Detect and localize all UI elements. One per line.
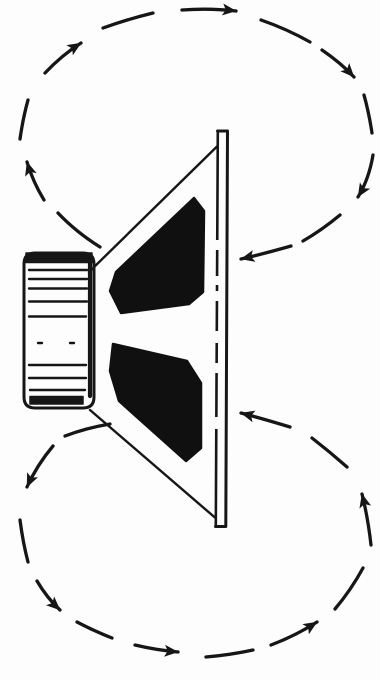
airflow-dash: [303, 215, 340, 241]
airflow-dash: [261, 20, 310, 42]
airflow-arrow: [241, 246, 291, 259]
airflow-arrow: [27, 162, 44, 200]
airflow-dash: [312, 438, 347, 467]
magnet-bottom-band: [30, 397, 83, 405]
airflow-arrow: [362, 494, 371, 545]
magnet-outline: [24, 253, 94, 408]
airflow-dash: [335, 568, 363, 609]
airflow-arrow: [45, 43, 81, 73]
cone-interior-upper: [110, 198, 204, 313]
airflow-dash: [20, 100, 28, 139]
baffle-board: [216, 130, 229, 527]
diagram-canvas: [0, 0, 380, 680]
airflow-arrow: [271, 622, 317, 645]
cone: [89, 146, 218, 518]
airflow-arrow: [358, 155, 373, 197]
airflow-dash: [364, 95, 372, 133]
airflow-dash: [103, 13, 153, 28]
magnet-top-band: [26, 253, 92, 263]
airflow-dash: [77, 622, 112, 638]
magnet: [24, 253, 94, 408]
airflow-arrow: [182, 9, 236, 11]
airflow-dash: [58, 213, 100, 247]
loudspeaker: [24, 130, 228, 527]
airflow-arrow: [322, 50, 354, 77]
airflow-arrow: [241, 413, 290, 427]
airflow-arrow: [27, 446, 53, 487]
cone-interior-lower: [110, 344, 201, 461]
acoustic-short-circuit-diagram: [0, 0, 380, 680]
airflow-dash: [20, 520, 28, 562]
airflow-dash: [206, 650, 253, 657]
airflow-arrow: [135, 645, 178, 652]
airflow-arrow: [37, 581, 60, 610]
airflow-dash: [65, 424, 110, 436]
